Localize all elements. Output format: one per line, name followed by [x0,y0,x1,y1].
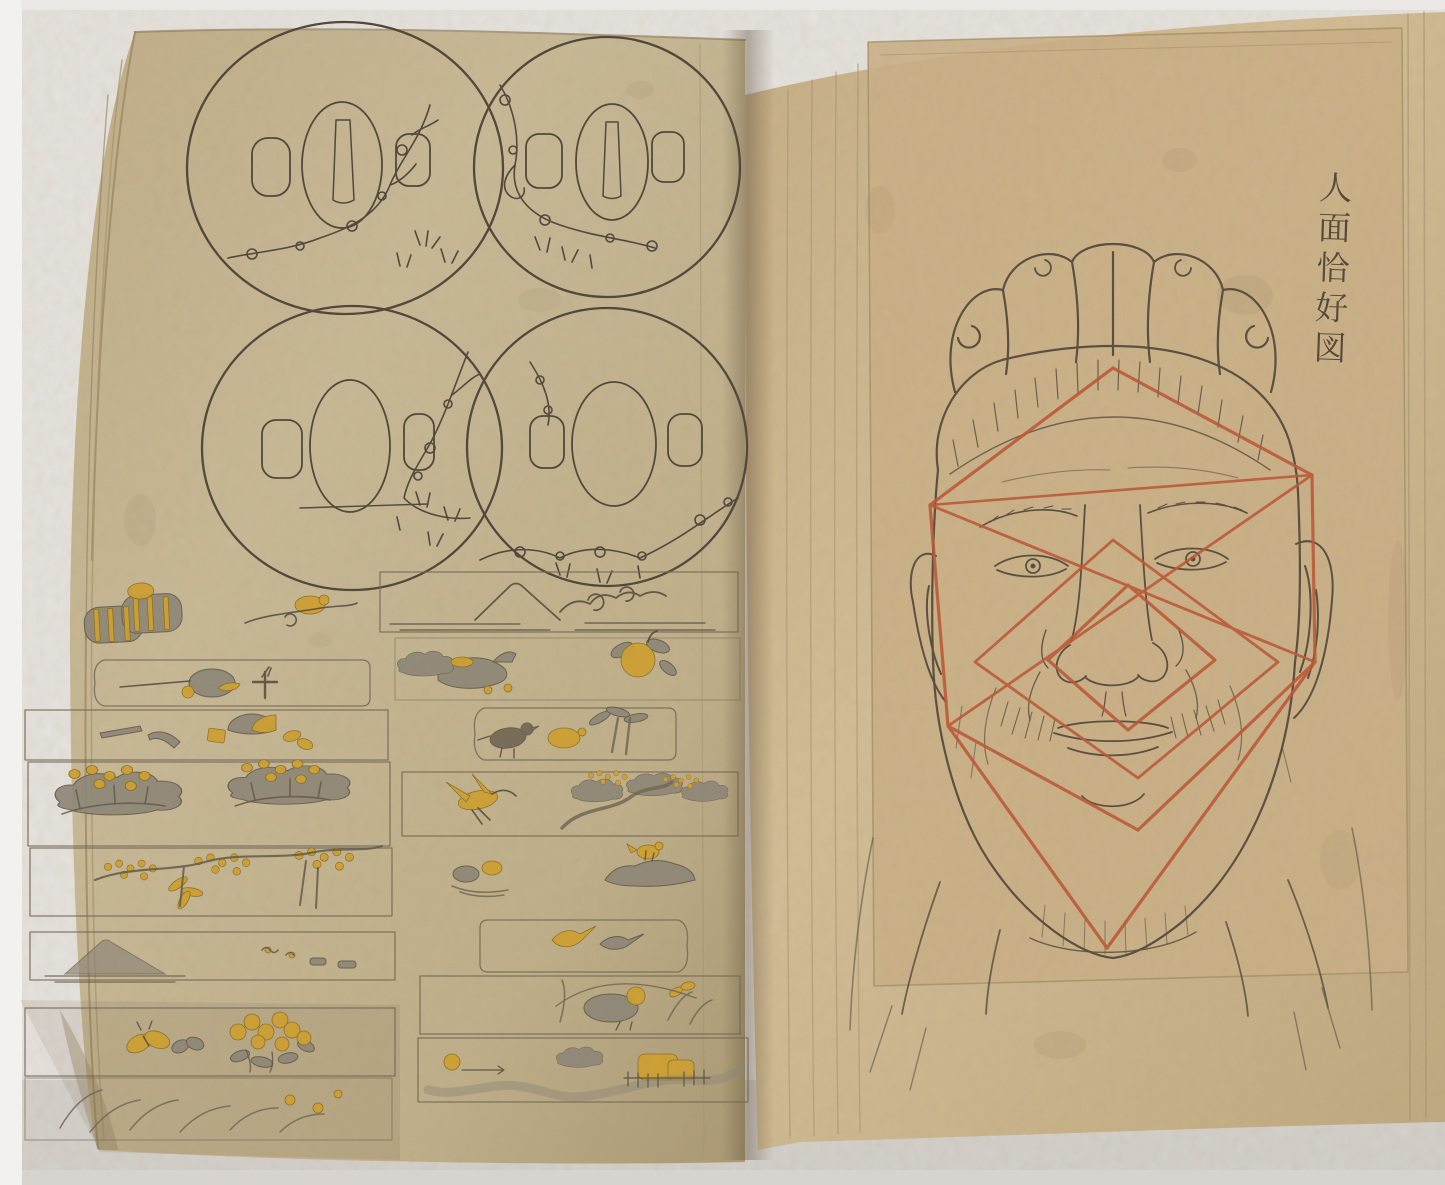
caption-calligraphy: 人面恰好図 [1289,169,1351,451]
manuscript-photo: 人面恰好図 [0,0,1445,1185]
paper-texture [22,10,1445,1170]
book-illustration [0,0,1445,1185]
table-left-edge [0,0,22,1185]
